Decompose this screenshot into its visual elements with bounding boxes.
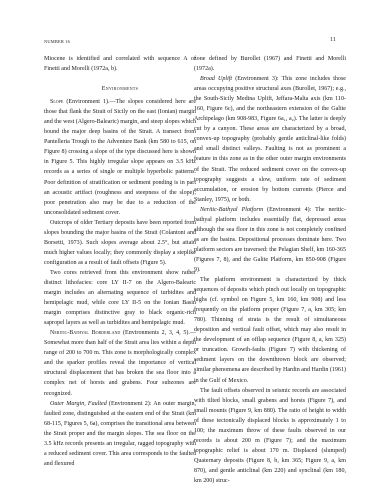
run-in-heading: Neritic-Bathyal Platform [200, 207, 263, 213]
paragraph: Miocene is identified and correlated wit… [44, 54, 196, 74]
section-heading-environments: Environments [44, 84, 196, 94]
paragraph: Outcrops of older Tertiary deposits have… [44, 218, 196, 268]
paragraph: Two cores retrieved from this environmen… [44, 268, 196, 328]
left-column: Miocene is identified and correlated wit… [44, 54, 196, 469]
paragraph-slope: Slope (Environment 1).—The slopes consid… [44, 97, 196, 218]
paragraph: The platform environment is characterize… [194, 275, 346, 386]
paragraph-text: (Environment 3): This zone includes thos… [194, 76, 346, 203]
paragraph-borderland: Neritic-Bathyal Borderland (Environments… [44, 328, 196, 398]
paragraph-text: (Environment 1).—The slopes considered h… [44, 99, 196, 216]
paragraph-text: (Environments 2, 3, 4, 5).—Somewhat more… [44, 330, 196, 396]
right-column: zone defined by Burollet (1967) and Fine… [194, 54, 346, 486]
paragraph-outer-margin: Outer Margin, Faulted (Environment 2): A… [44, 399, 196, 469]
run-in-heading: Neritic-Bathyal Borderland [50, 330, 120, 336]
run-in-heading: Outer Margin, Faulted [50, 401, 107, 407]
document-page: Number 16 11 Miocene is identified and c… [0, 0, 380, 491]
run-in-heading: Broad Uplift [200, 76, 232, 82]
paragraph-text: (Environment 4): The neritic-bathyal pla… [194, 207, 346, 273]
run-in-heading: Slope [50, 99, 63, 105]
page-number: 11 [330, 37, 336, 43]
paragraph: The fault offsets observed in seismic re… [194, 386, 346, 486]
paragraph-platform: Neritic-Bathyal Platform (Environment 4)… [194, 205, 346, 275]
paragraph-text: (Environment 2): An outer margin, faulte… [44, 401, 196, 467]
running-head: Number 16 [44, 39, 70, 44]
paragraph: zone defined by Burollet (1967) and Fine… [194, 54, 346, 74]
paragraph-broad-uplift: Broad Uplift (Environment 3): This zone … [194, 74, 346, 205]
